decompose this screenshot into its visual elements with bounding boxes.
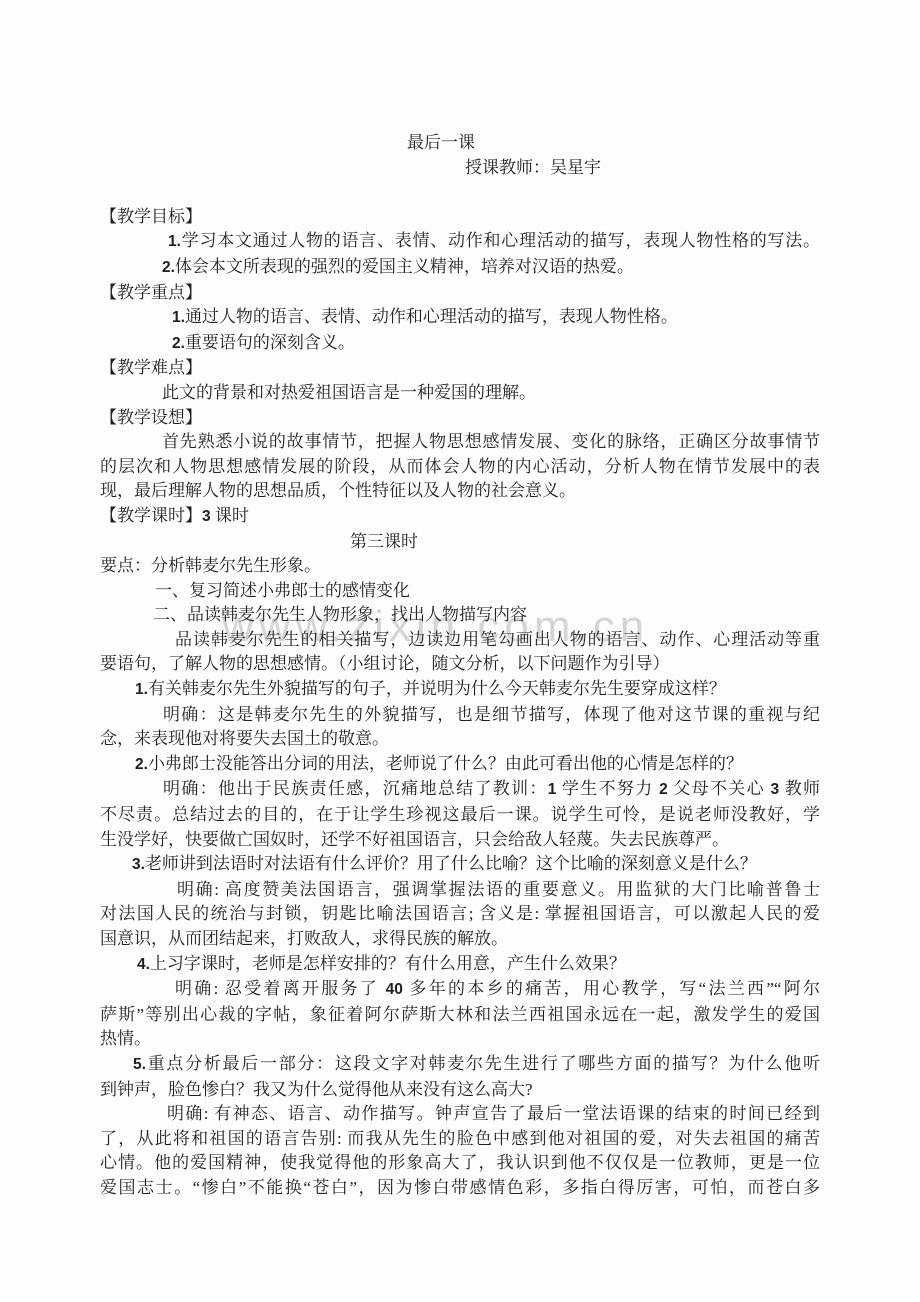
answer-4-line-1: 明确: 忍受着离开服务了 40 多年的本乡的痛苦，用心教学，写“法兰西”“阿尔 bbox=[175, 977, 820, 1003]
answer-5-line-3: 心情。他的爱国精神，使我觉得他的形象高大了，我认识到他不仅仅是一位教师，更是一位 bbox=[100, 1151, 820, 1176]
document-page: www.zixin.com.cn 最后一课授课教师：吴星宇 【教学目标】1.学习… bbox=[0, 0, 920, 1302]
answer-5-line-2: 了，从此将和祖国的语言告别: 而我从先生的脸色中感到他对祖国的爱，对失去祖国的痛… bbox=[100, 1127, 820, 1152]
design-line-1: 首先熟悉小说的故事情节，把握人物思想感情发展、变化的脉络，正确区分故事情节 bbox=[162, 430, 820, 455]
design-line-2: 的层次和人物思想感情发展的阶段，从而体会人物的内心活动，分析人物在情节发展中的表 bbox=[100, 455, 820, 480]
activity-2: 二、品读韩麦尔先生人物形象，找出人物描写内容 bbox=[153, 603, 820, 628]
key-point-2: 2.重要语句的深刻含义。 bbox=[172, 331, 820, 357]
heading-key-points: 【教学重点】 bbox=[100, 281, 820, 306]
activity-1: 一、复习简述小弗郎士的感情变化 bbox=[155, 579, 820, 604]
objective-2: 2.体会本文所表现的强烈的爱国主义精神，培养对汉语的热爱。 bbox=[162, 255, 820, 281]
heading-hours: 【教学课时】3 课时 bbox=[100, 504, 820, 530]
blank-line bbox=[100, 180, 820, 205]
question-2: 2.小弗郎士没能答出分词的用法，老师说了什么？由此可看出他的心情是怎样的？ bbox=[135, 752, 820, 778]
heading-design: 【教学设想】 bbox=[100, 406, 820, 431]
key-point-1: 1.通过人物的语言、表情、动作和心理活动的描写，表现人物性格。 bbox=[172, 305, 820, 331]
design-line-3: 现，最后理解人物的思想品质，个性特征以及人物的社会意义。 bbox=[100, 479, 820, 504]
answer-3-line-3: 国意识，从而团结起来，打败敌人，求得民族的解放。 bbox=[100, 927, 820, 952]
answer-4-line-2: 萨斯”等别出心裁的字帖，象征着阿尔萨斯大林和法兰西祖国永远在一起，激发学生的爱国 bbox=[100, 1003, 820, 1028]
answer-2-line-1: 明确：他出于民族责任感，沉痛地总结了教训：1 学生不努力 2 父母不关心 3 教… bbox=[163, 777, 820, 803]
doc-title: 最后一课 bbox=[407, 131, 820, 156]
answer-5-line-1: 明确: 有神态、语言、动作描写。钟声宣告了最后一堂法语课的结束的时间已经到 bbox=[167, 1102, 820, 1127]
question-4: 4.上习字课时，老师是怎样安排的？有什么用意，产生什么效果？ bbox=[137, 952, 820, 978]
answer-4-line-3: 热情。 bbox=[100, 1027, 820, 1052]
session-title: 第三课时 bbox=[350, 530, 820, 555]
question-5: 5.重点分析最后一部分：这段文字对韩麦尔先生进行了哪些方面的描写？为什么他听 bbox=[133, 1052, 820, 1078]
document-body: 最后一课授课教师：吴星宇 【教学目标】1.学习本文通过人物的语言、表情、动作和心… bbox=[100, 131, 820, 1201]
difficulty-text: 此文的背景和对热爱祖国语言是一种爱国的理解。 bbox=[162, 381, 820, 406]
activity-2-para-line-1: 品读韩麦尔先生的相关描写，边读边用笔勾画出人物的语言、动作、心理活动等重 bbox=[175, 628, 820, 653]
answer-5-line-4: 爱国志士。“惨白”不能换“苍白”，因为惨白带感情色彩，多指白得厉害，可怕，而苍白… bbox=[100, 1176, 820, 1201]
byline: 授课教师：吴星宇 bbox=[465, 156, 820, 181]
session-focus: 要点：分析韩麦尔先生形象。 bbox=[100, 554, 820, 579]
answer-1-line-1: 明确：这是韩麦尔先生的外貌描写，也是细节描写，体现了他对这节课的重视与纪 bbox=[163, 703, 820, 728]
answer-3-line-2: 对法国人民的统治与封锁，钥匙比喻法国语言; 含义是: 掌握祖国语言，可以激起人民… bbox=[100, 902, 820, 927]
heading-objectives: 【教学目标】 bbox=[100, 205, 820, 230]
answer-2-line-2: 不尽责。总结过去的目的，在于让学生珍视这最后一课。说学生可怜，是说老师没教好，学 bbox=[100, 803, 820, 828]
objective-1: 1.学习本文通过人物的语言、表情、动作和心理活动的描写，表现人物性格的写法。 bbox=[168, 229, 820, 255]
question-3: 3.老师讲到法语时对法语有什么评价？用了什么比喻？这个比喻的深刻意义是什么？ bbox=[132, 852, 820, 878]
answer-2-line-3: 生没学好，快要做亡国奴时，还学不好祖国语言，只会给敌人轻蔑。失去民族尊严。 bbox=[100, 828, 820, 853]
question-5-line-2: 到钟声，脸色惨白？我又为什么觉得他从来没有这么高大? bbox=[100, 1078, 820, 1103]
activity-2-para-line-2: 要语句，了解人物的思想感情。（小组讨论，随文分析，以下问题作为引导） bbox=[100, 652, 820, 677]
answer-3-line-1: 明确: 高度赞美法国语言，强调掌握法语的重要意义。用监狱的大门比喻普鲁士 bbox=[177, 878, 820, 903]
question-1: 1.有关韩麦尔先生外貌描写的句子，并说明为什么今天韩麦尔先生要穿成这样？ bbox=[135, 677, 820, 703]
answer-1-line-2: 念，来表现他对将要失去国土的敬意。 bbox=[100, 727, 820, 752]
heading-difficulties: 【教学难点】 bbox=[100, 356, 820, 381]
